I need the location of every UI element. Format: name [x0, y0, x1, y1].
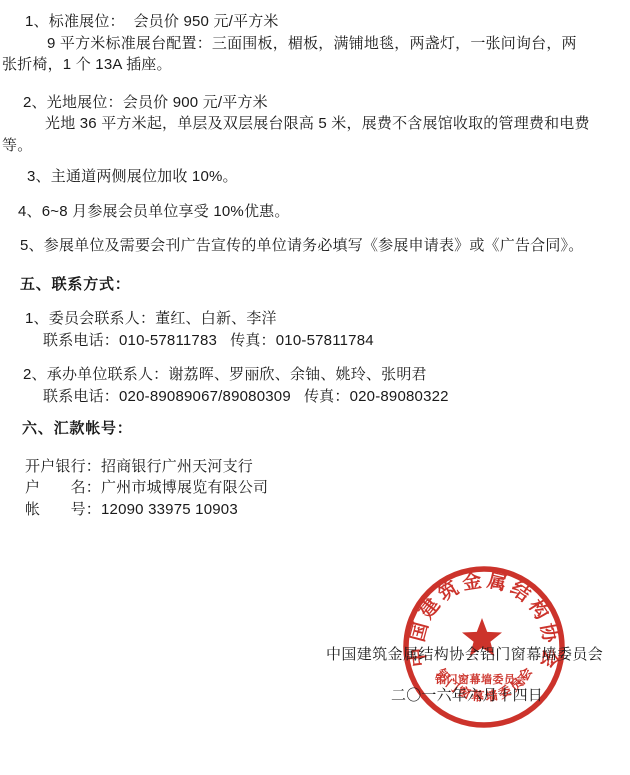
document-line: 1、委员会联系人：董红、白新、李洋	[0, 308, 628, 330]
document-line: 1、标准展位： 会员价 950 元/平方米	[0, 11, 628, 33]
signature-organization: 中国建筑金属结构协会铝门窗幕墙委员会	[326, 643, 603, 664]
document-line: 等。	[0, 135, 628, 157]
section-heading: 六、汇款帐号：	[0, 418, 628, 440]
document-line: 帐 号：12090 33975 10903	[0, 499, 628, 521]
document-line: 9 平方米标准展台配置：三面围板，楣板，满铺地毯，两盏灯，一张问询台，两	[0, 33, 628, 55]
document-line: 联系电话：010-57811783 传真：010-57811784	[0, 330, 628, 352]
document-line: 光地 36 平方米起，单层及双层展台限高 5 米，展费不含展馆收取的管理费和电费	[0, 113, 628, 135]
section-heading: 五、联系方式：	[0, 274, 628, 296]
document-line: 2、承办单位联系人：谢荔晖、罗丽欣、余铀、姚玲、张明君	[0, 364, 628, 386]
document-line: 户 名：广州市城博展览有限公司	[0, 477, 628, 499]
document-line: 开户银行：招商银行广州天河支行	[0, 456, 628, 478]
document-body: 1、标准展位： 会员价 950 元/平方米9 平方米标准展台配置：三面围板，楣板…	[0, 0, 628, 520]
document-line: 4、6~8 月参展会员单位享受 10%优惠。	[0, 201, 628, 223]
document-page: 1、标准展位： 会员价 950 元/平方米9 平方米标准展台配置：三面围板，楣板…	[0, 0, 630, 775]
signature-date: 二〇一六年六月十四日	[391, 684, 543, 705]
document-line: 张折椅，1 个 13A 插座。	[0, 54, 628, 76]
document-line: 2、光地展位：会员价 900 元/平方米	[0, 92, 628, 114]
document-line: 联系电话：020-89089067/89080309 传真：020-890803…	[0, 386, 628, 408]
document-line: 5、参展单位及需要会刊广告宣传的单位请务必填写《参展申请表》或《广告合同》。	[0, 235, 628, 257]
document-line: 3、主通道两侧展位加收 10%。	[0, 166, 628, 188]
